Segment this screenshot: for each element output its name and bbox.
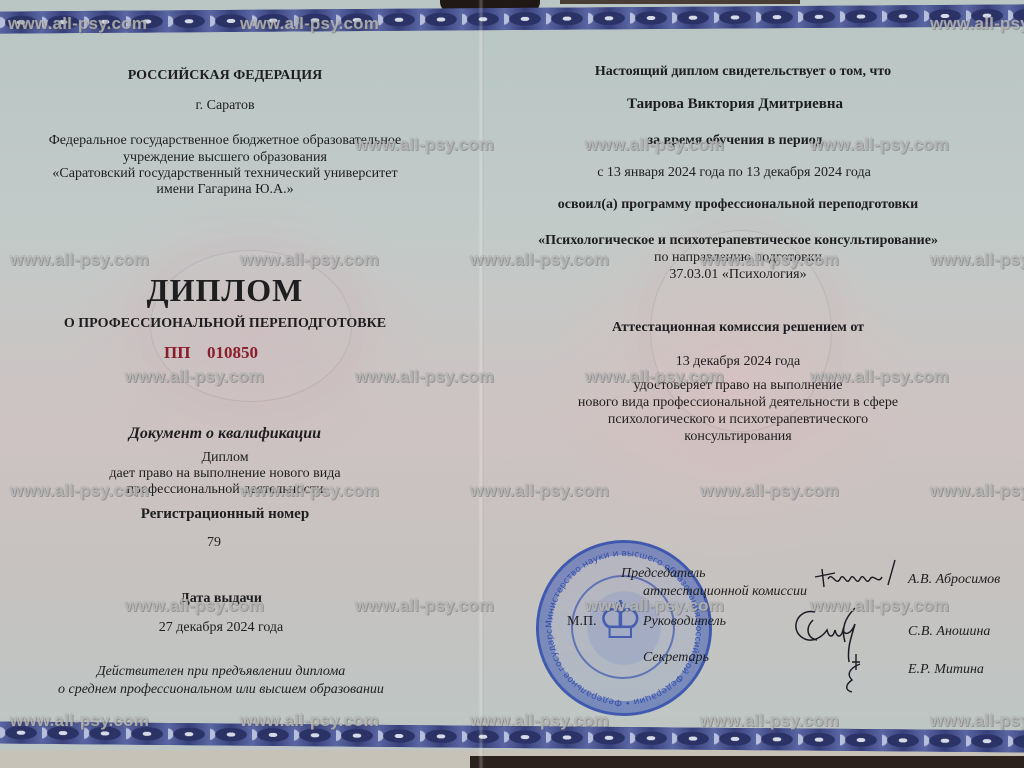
institution-line: учреждение высшего образования bbox=[0, 150, 450, 166]
issue-date: 27 декабря 2024 года bbox=[0, 620, 442, 636]
diploma-title: ДИПЛОМ bbox=[0, 272, 450, 309]
qualification-heading: Документ о квалификации bbox=[0, 425, 450, 443]
institution-line: Федеральное государственное бюджетное об… bbox=[0, 133, 450, 149]
institution-line: имени Гагарина Ю.А.» bbox=[0, 182, 450, 198]
coat-of-arms-eagle-icon: ♔ bbox=[597, 591, 644, 651]
country-heading: РОССИЙСКАЯ ФЕДЕРАЦИЯ bbox=[0, 68, 450, 84]
direction-code: 37.03.01 «Психология» bbox=[490, 267, 986, 283]
seal-place-mark: М.П. bbox=[567, 614, 597, 630]
secretary-role: Секретарь bbox=[643, 650, 709, 666]
institution-line: «Саратовский государственный технический… bbox=[0, 166, 450, 182]
validity-note: Действителен при предъявлении диплома bbox=[0, 664, 442, 680]
study-period: с 13 января 2024 года по 13 декабря 2024… bbox=[490, 165, 978, 181]
head-name: С.В. Аношина bbox=[908, 624, 990, 640]
registration-number: 79 bbox=[0, 535, 428, 551]
registration-label: Регистрационный номер bbox=[0, 506, 450, 523]
validity-note: о среднем профессиональном или высшем об… bbox=[0, 682, 442, 698]
qualification-line: дает право на выполнение нового вида bbox=[0, 466, 450, 482]
left-page: РОССИЙСКАЯ ФЕДЕРАЦИЯ г. Саратов Федераль… bbox=[0, 0, 470, 768]
secretary-name: Е.Р. Митина bbox=[908, 662, 984, 678]
program-mastered: освоил(а) программу профессиональной пер… bbox=[490, 197, 986, 213]
grants-line: нового вида профессиональной деятельност… bbox=[490, 395, 986, 411]
study-period-label: за время обучения в период bbox=[490, 133, 980, 149]
grants-line: психологического и психотерапевтического bbox=[490, 412, 986, 428]
commission-label: Аттестационная комиссия решением от bbox=[490, 320, 986, 336]
qualification-line: Диплом bbox=[0, 450, 450, 466]
diploma-subtitle: О ПРОФЕССИОНАЛЬНОЙ ПЕРЕПОДГОТОВКЕ bbox=[0, 316, 450, 332]
issue-date-label: Дата выдачи bbox=[0, 591, 442, 607]
graduate-name: Таирова Виктория Дмитриевна bbox=[490, 96, 980, 113]
certifies-text: Настоящий диплом свидетельствует о том, … bbox=[490, 64, 996, 80]
head-role: Руководитель bbox=[643, 614, 726, 630]
diploma-series: ПП bbox=[164, 343, 190, 363]
chair-role: Председатель bbox=[621, 566, 706, 582]
grants-line: консультирования bbox=[490, 429, 986, 445]
commission-date: 13 декабря 2024 года bbox=[490, 354, 986, 370]
secretary-signature bbox=[842, 650, 872, 695]
qualification-line: профессиональной деятельности bbox=[0, 482, 450, 498]
chair-signature bbox=[810, 555, 910, 595]
chair-role-2: аттестационной комиссии bbox=[643, 584, 807, 600]
program-name: «Психологическое и психотерапевтическое … bbox=[490, 233, 986, 249]
chair-name: А.В. Абросимов bbox=[908, 572, 1000, 588]
center-fold bbox=[478, 0, 484, 768]
grants-line: удостоверяет право на выполнение bbox=[490, 378, 986, 394]
direction-label: по направлению подготовки bbox=[490, 250, 986, 266]
city: г. Саратов bbox=[0, 98, 450, 114]
diploma-number: 010850 bbox=[207, 343, 258, 363]
